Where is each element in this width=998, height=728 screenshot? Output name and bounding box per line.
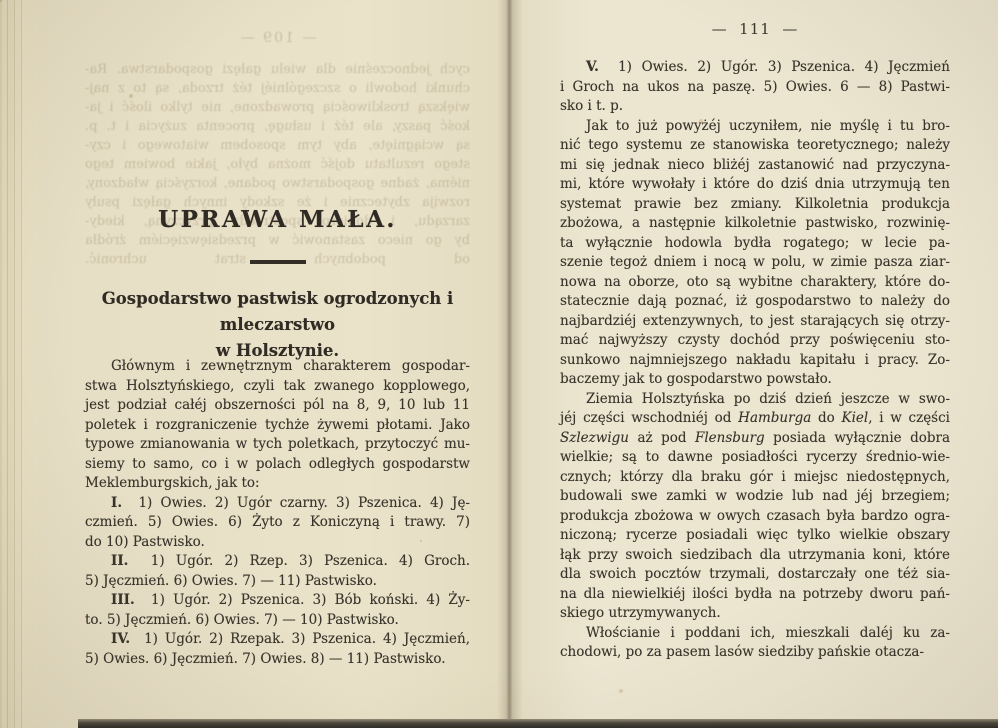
text-line: czmień. 5) Owies. 6) Żyto z Koniczyną i … bbox=[85, 513, 470, 533]
text-line: statecznie dają poznać, iż gospodarstwo … bbox=[560, 292, 950, 312]
text-line: dla swoich pocztów trzymali, dostarczały… bbox=[560, 565, 950, 585]
text-line: Jak to już powyżéj uczyniłem, nie myślę … bbox=[560, 117, 950, 137]
left-page-content: — 109 — cych jednocześnie dla wielu gałę… bbox=[85, 0, 470, 728]
text-line: jéj części wschodniéj od Hamburga do Kie… bbox=[560, 409, 950, 429]
bleedthrough-page-number: — 109 — bbox=[85, 30, 470, 46]
bleedthrough-line: chunki hodowli o szczególniéj téż trzoda… bbox=[85, 79, 470, 98]
left-page: — 109 — cych jednocześnie dla wielu gałę… bbox=[38, 0, 505, 728]
bleedthrough-text: — 109 — cych jednocześnie dla wielu gałę… bbox=[85, 30, 470, 269]
chapter-title: UPRAWA MAŁA. bbox=[85, 206, 470, 233]
bleedthrough-lines: cych jednocześnie dla wielu gałęzi gospo… bbox=[85, 60, 470, 269]
text-line: mi, które wywołały i które do dziś dnia … bbox=[560, 175, 950, 195]
text-line: najbardziéj extenzywnych, to jest staraj… bbox=[560, 312, 950, 332]
body-paragraph: V. 1) Owies. 2) Ugór. 3) Pszenica. 4) Ję… bbox=[560, 58, 950, 117]
text-line: wielkie; są to dawne posiadłości rycerzy… bbox=[560, 448, 950, 468]
page-edges-stack bbox=[0, 0, 38, 728]
right-page: — 111 — V. 1) Owies. 2) Ugór. 3) Pszenic… bbox=[505, 0, 998, 728]
text-line: 5) Jęczmień. 6) Owies. 7) — 11) Pastwisk… bbox=[85, 572, 470, 592]
text-line: nowa na oborze, oto są wybitne charakter… bbox=[560, 273, 950, 293]
text-line: niczoną; rycerze posiadali więc tylko wi… bbox=[560, 526, 950, 546]
text-line: produkcja zbożowa w owych czasach była b… bbox=[560, 507, 950, 527]
book-gutter bbox=[497, 0, 523, 728]
bleedthrough-line: kość paszy, ale téż i usługę, procenta z… bbox=[85, 117, 470, 136]
text-line: i Groch na ukos na paszę. 5) Owies. 6 — … bbox=[560, 78, 950, 98]
body-paragraph: IV. 1) Ugór. 2) Rzepak. 3) Pszenica. 4) … bbox=[85, 630, 470, 669]
text-line: sko i t. p. bbox=[560, 97, 950, 117]
text-line: Głównym i zewnętrznym charakterem gospod… bbox=[85, 357, 470, 377]
body-paragraph: Głównym i zewnętrznym charakterem gospod… bbox=[85, 357, 470, 494]
body-paragraph: Włościanie i poddani ich, mieszkali dalé… bbox=[560, 624, 950, 663]
text-line: Szlezwigu aż pod Flensburg posiada wyłąc… bbox=[560, 429, 950, 449]
text-line: szenie tegoż dniem i nocą w polu, w zimi… bbox=[560, 253, 950, 273]
text-line: II. 1) Ugór. 2) Rzep. 3) Pszenica. 4) Gr… bbox=[85, 552, 470, 572]
text-line: do 10) Pastwisko. bbox=[85, 533, 470, 553]
text-line: mi się jednak nieco bliżéj zastanowić na… bbox=[560, 156, 950, 176]
text-line: nić tego systemu ze stanowiska teoretycz… bbox=[560, 136, 950, 156]
text-line: systemat prawie bez zmiany. Kilkoletnia … bbox=[560, 195, 950, 215]
text-line: sunkowo najmniejszego nakładu kapitału i… bbox=[560, 351, 950, 371]
body-paragraph: III. 1) Ugór. 2) Pszenica. 3) Bób koński… bbox=[85, 591, 470, 630]
body-paragraph: Jak to już powyżéj uczyniłem, nie myślę … bbox=[560, 117, 950, 390]
page-number: — 111 — bbox=[560, 20, 950, 38]
body-paragraph: II. 1) Ugór. 2) Rzep. 3) Pszenica. 4) Gr… bbox=[85, 552, 470, 591]
text-line: budowali swe zamki w wodzie lub nad jéj … bbox=[560, 487, 950, 507]
text-line: cznych; którzy dla braku gór i miejsc ni… bbox=[560, 468, 950, 488]
right-page-content: — 111 — V. 1) Owies. 2) Ugór. 3) Pszenic… bbox=[560, 0, 950, 728]
text-line: Meklemburgskich, jak to: bbox=[85, 474, 470, 494]
bleedthrough-line: stego rezultatu dojść można było, jakie … bbox=[85, 155, 470, 174]
text-line: to. 5) Jęczmień. 6) Owies. 7) — 10) Past… bbox=[85, 611, 470, 631]
text-line: mać najwyższy czysty dochód przy poświęc… bbox=[560, 331, 950, 351]
photo-bottom-edge bbox=[78, 719, 998, 728]
text-line: jest podział całéj obszerności pól na 8,… bbox=[85, 396, 470, 416]
title-rule bbox=[250, 260, 306, 264]
text-line: poletek i rozgraniczenie tychże żywemi p… bbox=[85, 416, 470, 436]
text-line: baczemy jak to gospodarstwo powstało. bbox=[560, 370, 950, 390]
body-paragraph: I. 1) Owies. 2) Ugór czarny. 3) Pszenica… bbox=[85, 494, 470, 553]
text-line: ta wyłącznie hodowla bydła rogatego; w l… bbox=[560, 234, 950, 254]
text-line: łąk przy swoich siedzibach dla utrzymani… bbox=[560, 546, 950, 566]
bleedthrough-line: większą troskliwością prowadzone, nie ty… bbox=[85, 98, 470, 117]
text-line: V. 1) Owies. 2) Ugór. 3) Pszenica. 4) Ję… bbox=[560, 58, 950, 78]
text-line: I. 1) Owies. 2) Ugór czarny. 3) Pszenica… bbox=[85, 494, 470, 514]
text-line: chodowi, po za pasem lasów siedziby pańs… bbox=[560, 643, 950, 663]
left-page-text: Głównym i zewnętrznym charakterem gospod… bbox=[85, 357, 470, 669]
text-line: Włościanie i poddani ich, mieszkali dalé… bbox=[560, 624, 950, 644]
bleedthrough-line: niéma, żadne gospodarstwo podane, korzyś… bbox=[85, 174, 470, 193]
bleedthrough-line: by go nieco zastanowić w przedsięwzięcié… bbox=[85, 231, 470, 250]
book-scan: — 109 — cych jednocześnie dla wielu gałę… bbox=[0, 0, 998, 728]
text-line: Ziemia Holsztyńska po dziś dzień jeszcze… bbox=[560, 390, 950, 410]
text-line: III. 1) Ugór. 2) Pszenica. 3) Bób koński… bbox=[85, 591, 470, 611]
text-line: IV. 1) Ugór. 2) Rzepak. 3) Pszenica. 4) … bbox=[85, 630, 470, 650]
section-title-line: Gospodarstwo pastwisk ogrodzonych i mlec… bbox=[85, 286, 470, 338]
section-title: Gospodarstwo pastwisk ogrodzonych i mlec… bbox=[85, 286, 470, 364]
bleedthrough-line: cych jednocześnie dla wielu gałęzi gospo… bbox=[85, 60, 470, 79]
right-page-text: V. 1) Owies. 2) Ugór. 3) Pszenica. 4) Ję… bbox=[560, 58, 950, 663]
bleedthrough-line: są wciągnięte, aby tym sposobem wiatoweg… bbox=[85, 136, 470, 155]
text-line: na dla niewielkiéj ilości bydła na potrz… bbox=[560, 585, 950, 605]
text-line: zbożowa, a następnie kilkoletnie pastwis… bbox=[560, 214, 950, 234]
text-line: stwa Holsztyńskiego, czyli tak zwanego k… bbox=[85, 377, 470, 397]
text-line: 5) Owies. 6) Jęczmień. 7) Owies. 8) — 11… bbox=[85, 650, 470, 670]
text-line: siemy to samo, co i w polach odległych g… bbox=[85, 455, 470, 475]
text-line: skiego utrzymywanych. bbox=[560, 604, 950, 624]
text-line: typowe zmianowania w tych poletkach, prz… bbox=[85, 435, 470, 455]
body-paragraph: Ziemia Holsztyńska po dziś dzień jeszcze… bbox=[560, 390, 950, 624]
